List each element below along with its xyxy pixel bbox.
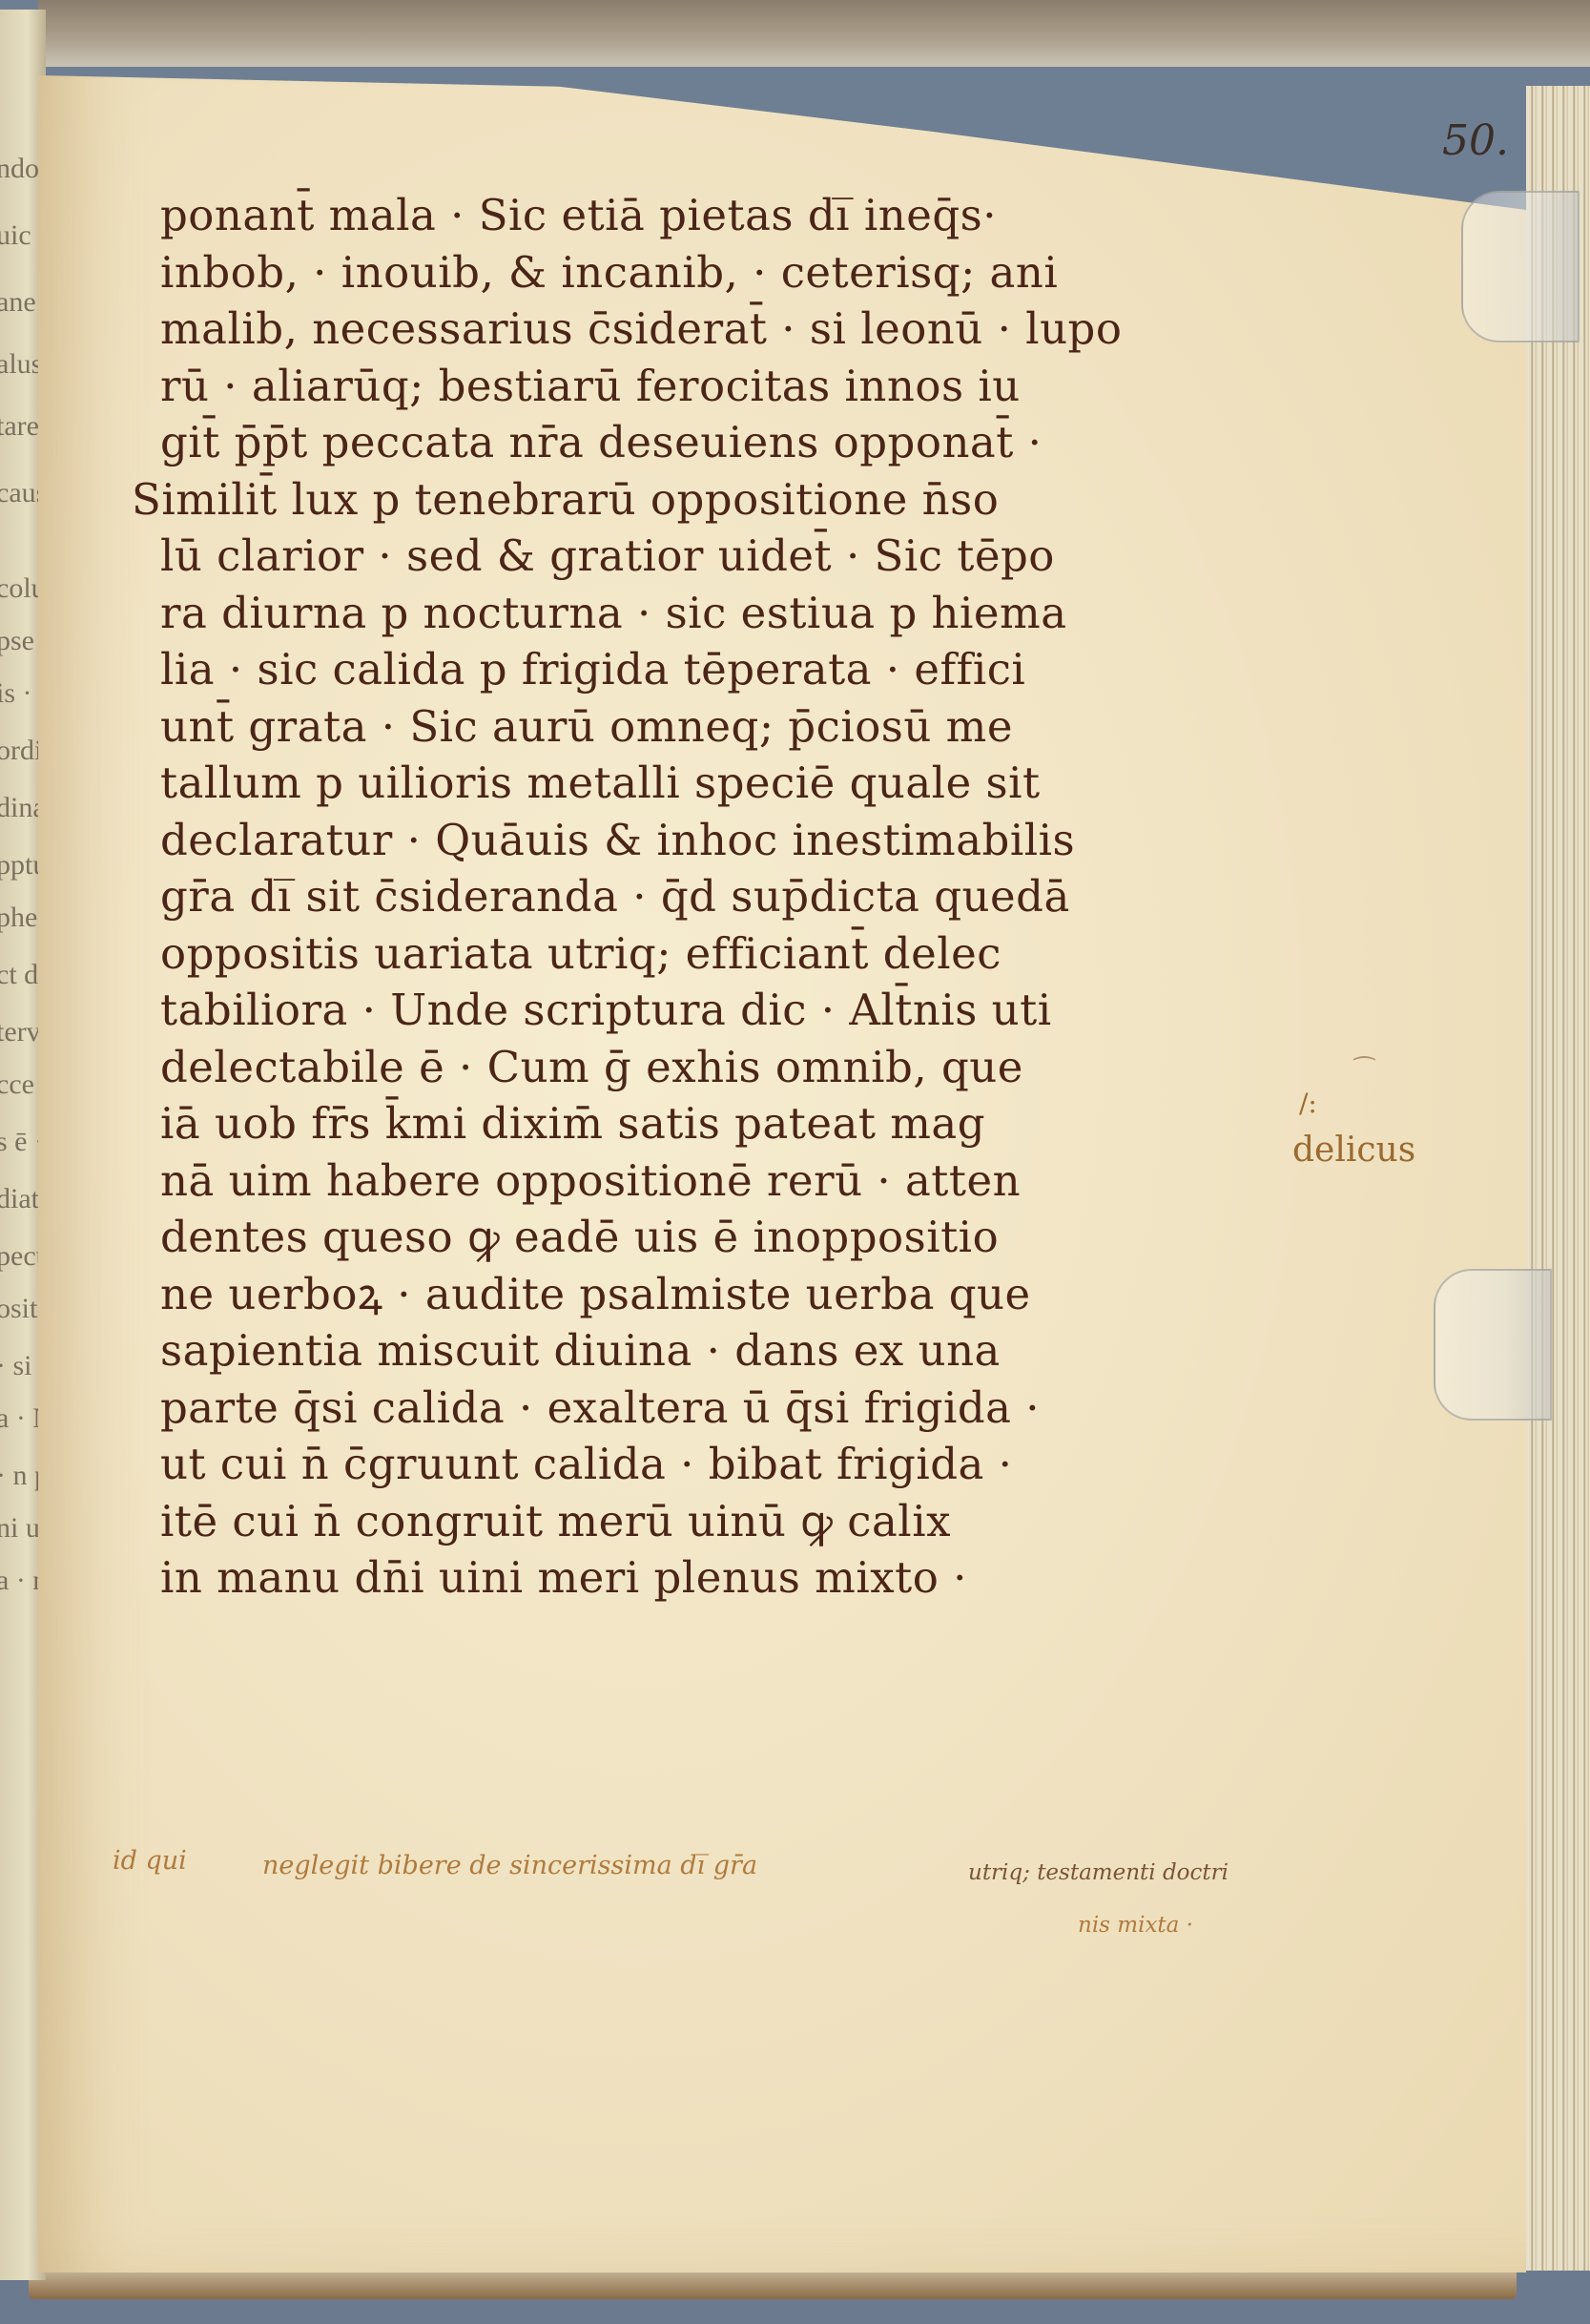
folio-number: 50. [1442,116,1509,165]
book-clasp-top [1461,191,1580,342]
text-line: git̄ p̄p̄t peccata nr̄a deseuiens oppona… [160,414,1267,471]
text-line: unt̄ grata · Sic aurū omneq; p̄ciosū me [160,698,1267,756]
text-line: in manu dn̄i uini meri plenus mixto · [160,1549,1267,1607]
text-line: itē cui n̄ congruit merū uinū ꝙ calix [160,1493,1267,1550]
page-edges-stack [1526,86,1590,2271]
bottom-gloss-main: neglegit bibere de sincerissima di̅ gr̄a [262,1851,757,1880]
text-line: gr̄a di̅ sit c̄sideranda · q̄d sup̄dicta… [160,868,1267,925]
text-line: tabiliora · Unde scriptura dic · Alt̄nis… [160,982,1267,1039]
bottom-gloss-continued: utriq; testamenti doctri [968,1860,1229,1885]
text-line: declaratur · Quāuis & inhoc inestimabili… [160,812,1267,869]
text-line: ne uerboꝝ · audite psalmiste uerba que [160,1266,1267,1323]
caret-mark-icon: ⁀ [1354,1057,1374,1086]
text-line: inbob, · inouib, & incanib, · ceterisq; … [160,244,1267,301]
text-line: sapientia miscuit diuina · dans ex una [160,1322,1267,1380]
text-line: lū clarior · sed & gratior uidet̄ · Sic … [160,528,1267,585]
margin-correction-note: delicus [1292,1131,1415,1170]
book-top-edge [38,0,1590,67]
book-clasp-bottom [1434,1269,1552,1421]
text-line: oppositis uariata utriq; efficiant̄ dele… [160,925,1267,983]
text-line: malib, necessarius c̄siderat̄ · si leonū… [160,301,1267,358]
text-line: tallum p uilioris metalli speciē quale s… [160,755,1267,812]
bottom-gloss-start: id qui [113,1846,187,1876]
text-line: ut cui n̄ c̄gruunt calida · bibat frigid… [160,1436,1267,1493]
text-line: rū · aliarūq; bestiarū ferocitas innos i… [160,358,1267,415]
text-line: parte q̄si calida · exaltera ū q̄si frig… [160,1380,1267,1437]
insertion-mark-icon: /: [1299,1088,1317,1119]
text-line: ra diurna p nocturna · sic estiua p hiem… [160,585,1267,642]
bottom-gloss-line2: nis mixta · [1078,1913,1193,1938]
text-line: nā uim habere oppositionē rerū · atten [160,1152,1267,1210]
text-line: delectabile ē · Cum ḡ exhis omnib, que [160,1039,1267,1096]
text-line: lia · sic calida p frigida tēperata · ef… [160,641,1267,698]
text-line: Similit̄ lux p tenebrarū oppositione n̄s… [132,471,1267,529]
text-line: ponant̄ mala · Sic etiā pietas di̅ ineq̄… [160,187,1267,244]
main-text-block: ponant̄ mala · Sic etiā pietas di̅ ineq̄… [160,187,1267,1607]
text-line: iā uob fr̄s k̄mi dixim̄ satis pateat mag [160,1095,1267,1152]
text-line: dentes queso ꝙ eadē uis ē inoppositio [160,1209,1267,1266]
